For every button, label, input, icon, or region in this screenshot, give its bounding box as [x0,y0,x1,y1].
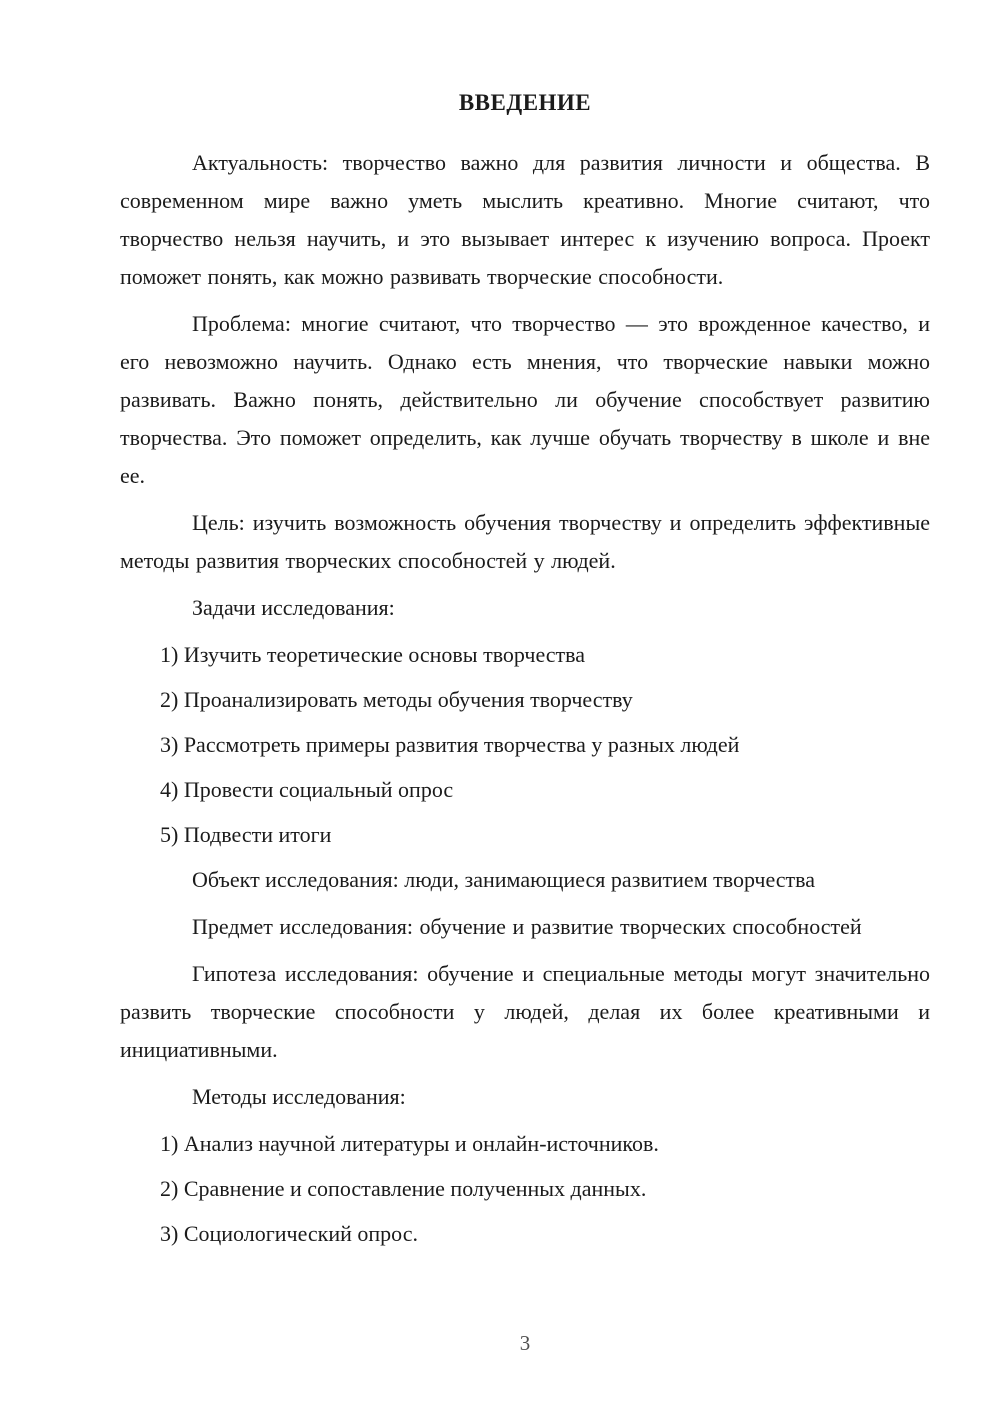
paragraph-subject: Предмет исследования: обучение и развити… [120,908,930,946]
method-item-2: 2) Сравнение и сопоставление полученных … [120,1170,930,1208]
method-item-3: 3) Социологический опрос. [120,1215,930,1253]
paragraph-goal: Цель: изучить возможность обучения творч… [120,504,930,580]
task-item-1: 1) Изучить теоретические основы творчест… [120,636,930,674]
page-number: 3 [120,1328,930,1358]
task-item-5: 5) Подвести итоги [120,816,930,854]
paragraph-hypothesis: Гипотеза исследования: обучение и специа… [120,955,930,1069]
paragraph-problem: Проблема: многие считают, что творчество… [120,305,930,495]
document-page: ВВЕДЕНИЕ Актуальность: творчество важно … [0,0,1000,1414]
document-body: ВВЕДЕНИЕ Актуальность: творчество важно … [120,88,930,1260]
paragraph-actuality: Актуальность: творчество важно для разви… [120,144,930,296]
task-item-2: 2) Проанализировать методы обучения твор… [120,681,930,719]
method-item-1: 1) Анализ научной литературы и онлайн-ис… [120,1125,930,1163]
paragraph-object: Объект исследования: люди, занимающиеся … [120,861,930,899]
task-item-3: 3) Рассмотреть примеры развития творчест… [120,726,930,764]
page-title: ВВЕДЕНИЕ [120,88,930,118]
task-item-4: 4) Провести социальный опрос [120,771,930,809]
tasks-heading: Задачи исследования: [120,589,930,627]
methods-heading: Методы исследования: [120,1078,930,1116]
